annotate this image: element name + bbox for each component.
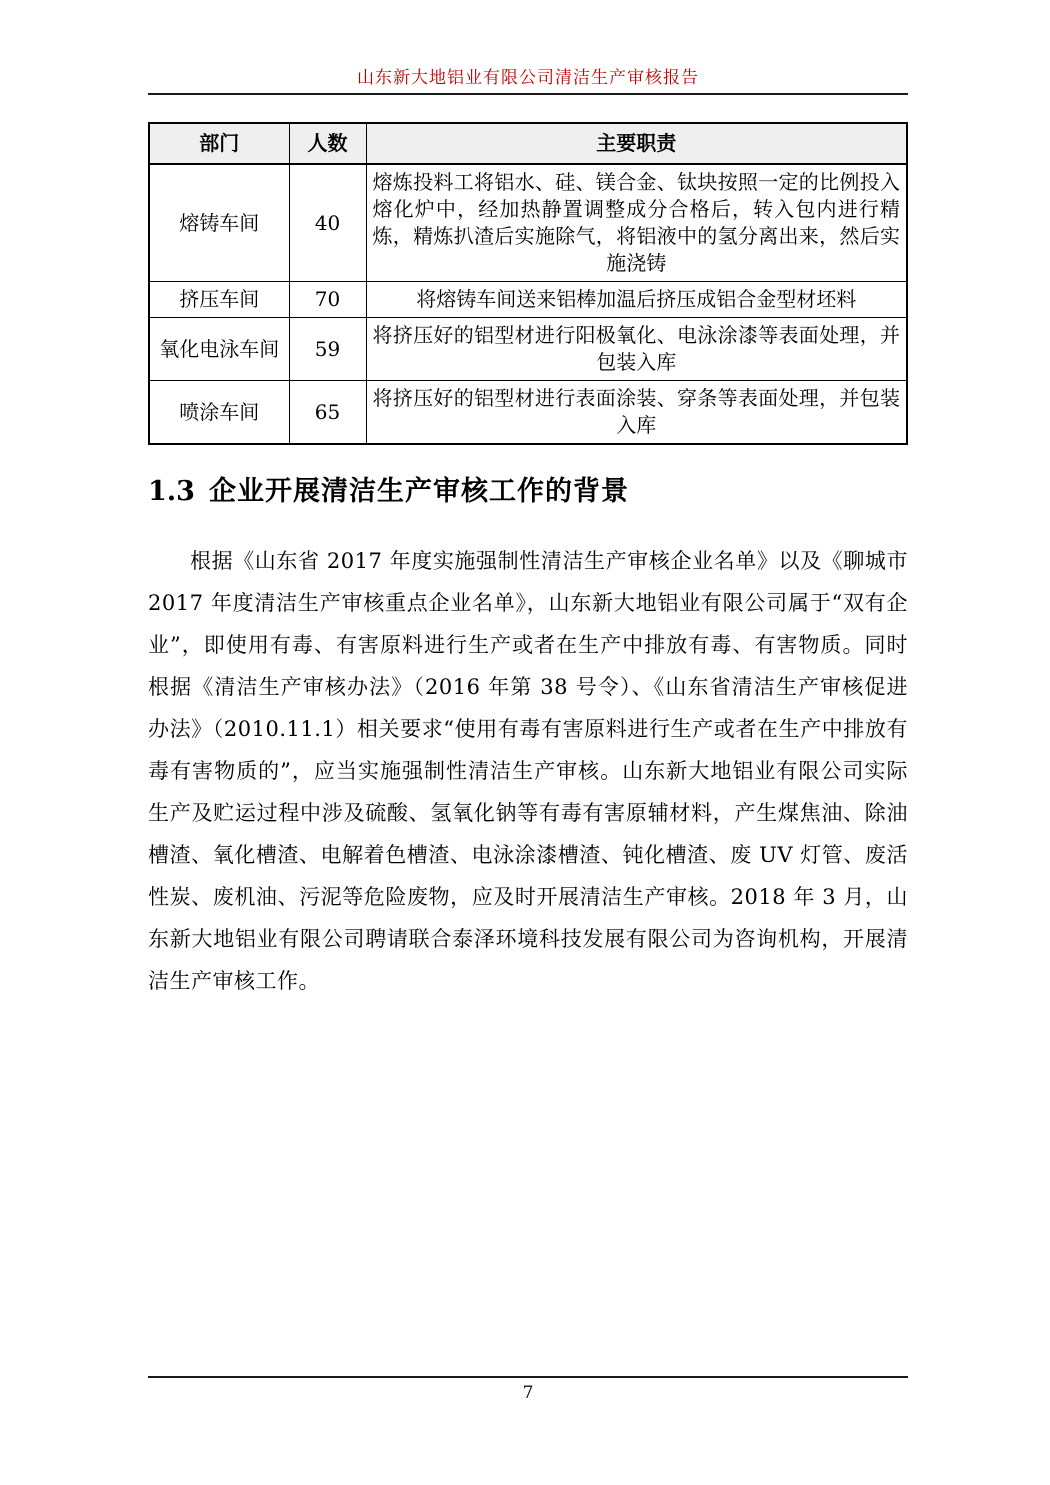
dept-cell: 挤压车间 <box>149 282 289 318</box>
header-title: 山东新大地铝业有限公司清洁生产审核报告 <box>148 66 908 90</box>
table-header-row: 部门 人数 主要职责 <box>149 123 907 164</box>
table-row: 挤压车间 70 将熔铸车间送来铝棒加温后挤压成铝合金型材坯料 <box>149 282 907 318</box>
page-content: 山东新大地铝业有限公司清洁生产审核报告 部门 人数 主要职责 熔铸车间 40 <box>148 0 908 1002</box>
page-footer: 7 <box>148 1376 908 1403</box>
count-cell: 65 <box>289 381 366 445</box>
header-rule <box>148 93 908 95</box>
table-row: 喷涂车间 65 将挤压好的铝型材进行表面涂装、穿条等表面处理，并包装入库 <box>149 381 907 445</box>
department-table: 部门 人数 主要职责 熔铸车间 40 熔炼投料工将铝水、硅、镁合金、钛块按照一定… <box>148 122 908 445</box>
dept-cell: 熔铸车间 <box>149 164 289 282</box>
body-paragraph: 根据《山东省 2017 年度实施强制性清洁生产审核企业名单》以及《聊城市 201… <box>148 540 908 1002</box>
count-cell: 70 <box>289 282 366 318</box>
section-heading: 1.3企业开展清洁生产审核工作的背景 <box>148 474 908 510</box>
document-page: 山东新大地铝业有限公司清洁生产审核报告 部门 人数 主要职责 熔铸车间 40 <box>0 0 1050 1485</box>
dept-cell: 喷涂车间 <box>149 381 289 445</box>
table-row: 熔铸车间 40 熔炼投料工将铝水、硅、镁合金、钛块按照一定的比例投入熔化炉中，经… <box>149 164 907 282</box>
duty-cell: 将熔铸车间送来铝棒加温后挤压成铝合金型材坯料 <box>366 282 907 318</box>
col-header-duties: 主要职责 <box>366 123 907 164</box>
page-header: 山东新大地铝业有限公司清洁生产审核报告 <box>148 0 908 95</box>
count-cell: 40 <box>289 164 366 282</box>
page-number: 7 <box>148 1383 908 1403</box>
count-cell: 59 <box>289 318 366 381</box>
section-title: 企业开展清洁生产审核工作的背景 <box>209 476 629 507</box>
table-row: 氧化电泳车间 59 将挤压好的铝型材进行阳极氧化、电泳涂漆等表面处理，并包装入库 <box>149 318 907 381</box>
duty-cell: 将挤压好的铝型材进行阳极氧化、电泳涂漆等表面处理，并包装入库 <box>366 318 907 381</box>
duty-cell: 将挤压好的铝型材进行表面涂装、穿条等表面处理，并包装入库 <box>366 381 907 445</box>
col-header-department: 部门 <box>149 123 289 164</box>
col-header-headcount: 人数 <box>289 123 366 164</box>
section-number: 1.3 <box>148 476 195 507</box>
duty-cell: 熔炼投料工将铝水、硅、镁合金、钛块按照一定的比例投入熔化炉中，经加热静置调整成分… <box>366 164 907 282</box>
dept-cell: 氧化电泳车间 <box>149 318 289 381</box>
